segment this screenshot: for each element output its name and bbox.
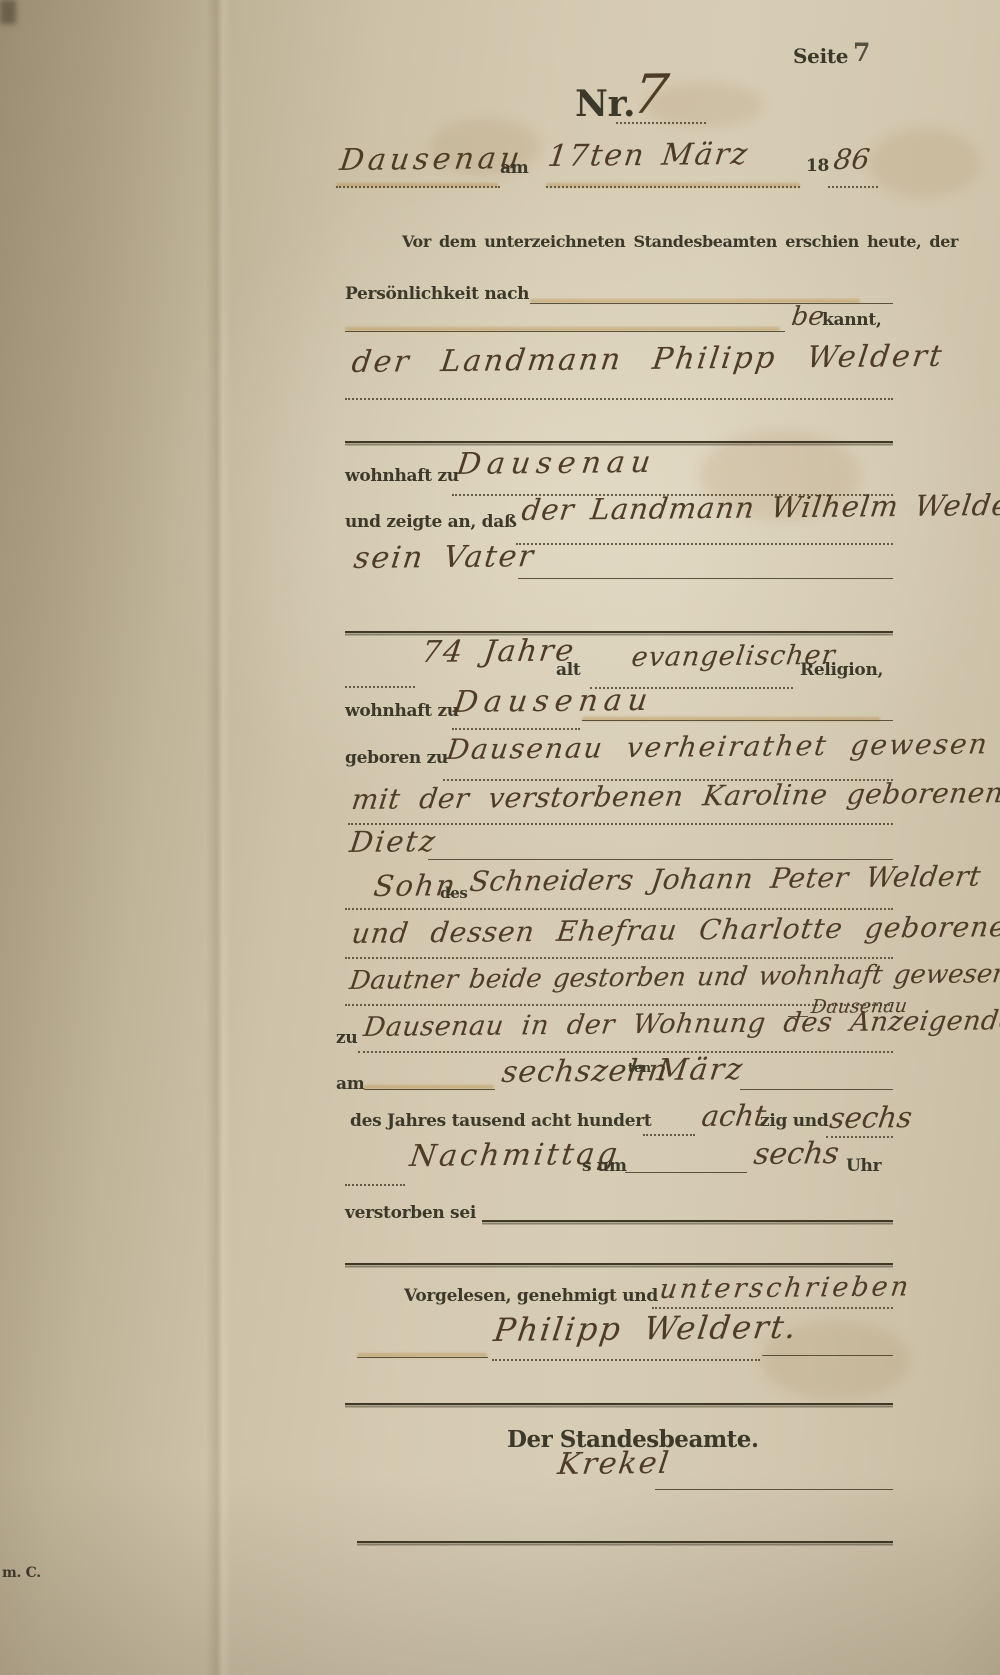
form-rule [345,398,893,400]
form-rule [452,728,580,730]
form-rule [358,1051,893,1053]
spouse-line: mit der verstorbenen Karoline geborenen [350,779,1000,814]
declarant-name: der Landmann Philipp Weldert [350,342,946,378]
death-year-mid: zig und [760,1113,828,1130]
form-rule [345,908,893,910]
death-place-line: Dausenau in der Wohnung des Anzeigenden [362,1007,1000,1041]
zu-printed: zu [336,1030,357,1047]
ink-smudge [868,128,980,198]
page-fold-shadow [206,0,232,1675]
death-day-suffix: ten [628,1062,651,1075]
death-am-label: am [336,1076,364,1093]
death-certificate-page: Seite 7 Nr. 7 Dausenau am 17ten März 18 … [0,0,1000,1675]
intro-line2: Persönlichkeit nach [345,286,529,303]
section-rule [345,441,893,443]
form-rule [762,1355,893,1356]
intro-line1: Vor dem unterzeichneten Standesbeamten e… [402,234,958,250]
form-rule [582,720,893,721]
death-year-hand2: sechs [828,1103,914,1133]
bekannt-printed: kannt, [822,312,882,329]
dateline-date: 17ten März [546,140,751,172]
des-printed: des [440,886,468,901]
age-value: 74 Jahre [420,636,577,668]
bekannt-hand: be [790,304,825,330]
stain-line [364,1085,494,1089]
page-number-label: Seite [793,46,848,66]
death-year-hand1: acht [700,1101,768,1131]
scan-corner-shadow [0,0,16,24]
form-rule [492,1359,760,1361]
attestation-printed: Vorgelesen, genehmigt und [404,1288,658,1305]
form-rule [357,1357,488,1358]
registrar-signature: Krekel [556,1449,672,1480]
form-rule [336,186,500,188]
stain-line [345,327,780,331]
form-rule [546,186,800,188]
form-rule [516,543,893,545]
dateline-year-hand: 86 [832,146,871,174]
form-rule [482,1220,893,1222]
form-rule [625,1172,747,1173]
uhr-label: Uhr [846,1158,881,1175]
form-mark: m. C. [2,1566,41,1580]
father-name: Schneiders Johann Peter Weldert [468,863,983,896]
zeigte-label: und zeigte an, daß [345,514,517,531]
birth-marriage-line: Dausenau verheirathet gewesen [445,730,991,764]
religion-label: Religion, [800,662,883,679]
bottom-rule [357,1541,893,1543]
form-rule [345,686,415,688]
form-rule [345,1184,405,1186]
attestation-hand: unterschrieben [658,1273,913,1303]
form-rule [616,122,706,124]
record-number-label: Nr. [575,86,635,122]
form-rule [643,1134,695,1136]
dateline-place: Dausenau [338,144,525,176]
parents-status-line: Dautner beide gestorben und wohnhaft gew… [348,961,1000,994]
dateline-year-printed: 18 [806,158,829,175]
form-rule [428,859,893,860]
alt-label: alt [556,662,580,679]
declarant-signature: Philipp Weldert. [492,1311,800,1346]
closing-phrase: verstorben sei [345,1205,476,1222]
form-rule [345,331,785,332]
section-rule [345,1403,893,1405]
record-number-value: 7 [630,68,671,122]
form-rule [828,186,878,188]
section-rule [345,1263,893,1265]
deceased-name: der Landmann Wilhelm Weldert [520,491,1000,525]
deceased-residence: Dausenau [452,686,655,718]
geboren-label: geboren zu [345,750,448,767]
section-rule [345,631,893,633]
form-rule [364,1089,495,1090]
form-rule [345,957,893,959]
declarant-residence: Dausenau [455,448,658,480]
spouse-name: Dietz [348,827,439,857]
page-number-value: 7 [853,40,870,65]
death-hour: sechs [752,1139,841,1170]
mother-line: und dessen Ehefrau Charlotte geborenen [350,913,1000,948]
relation-line: sein Vater [352,542,537,574]
death-year-label: des Jahres tausend acht hundert [350,1113,651,1130]
death-month: März [655,1055,746,1086]
dateline-am-label: am [500,160,528,177]
form-rule [740,1089,893,1090]
form-rule [655,1489,893,1490]
form-rule [530,303,893,304]
stain-line [357,1353,487,1357]
form-rule [518,578,893,579]
time-printed: s um [582,1158,627,1175]
wohnhaft-label-1: wohnhaft zu [345,468,459,485]
wohnhaft-label-2: wohnhaft zu [345,703,459,720]
